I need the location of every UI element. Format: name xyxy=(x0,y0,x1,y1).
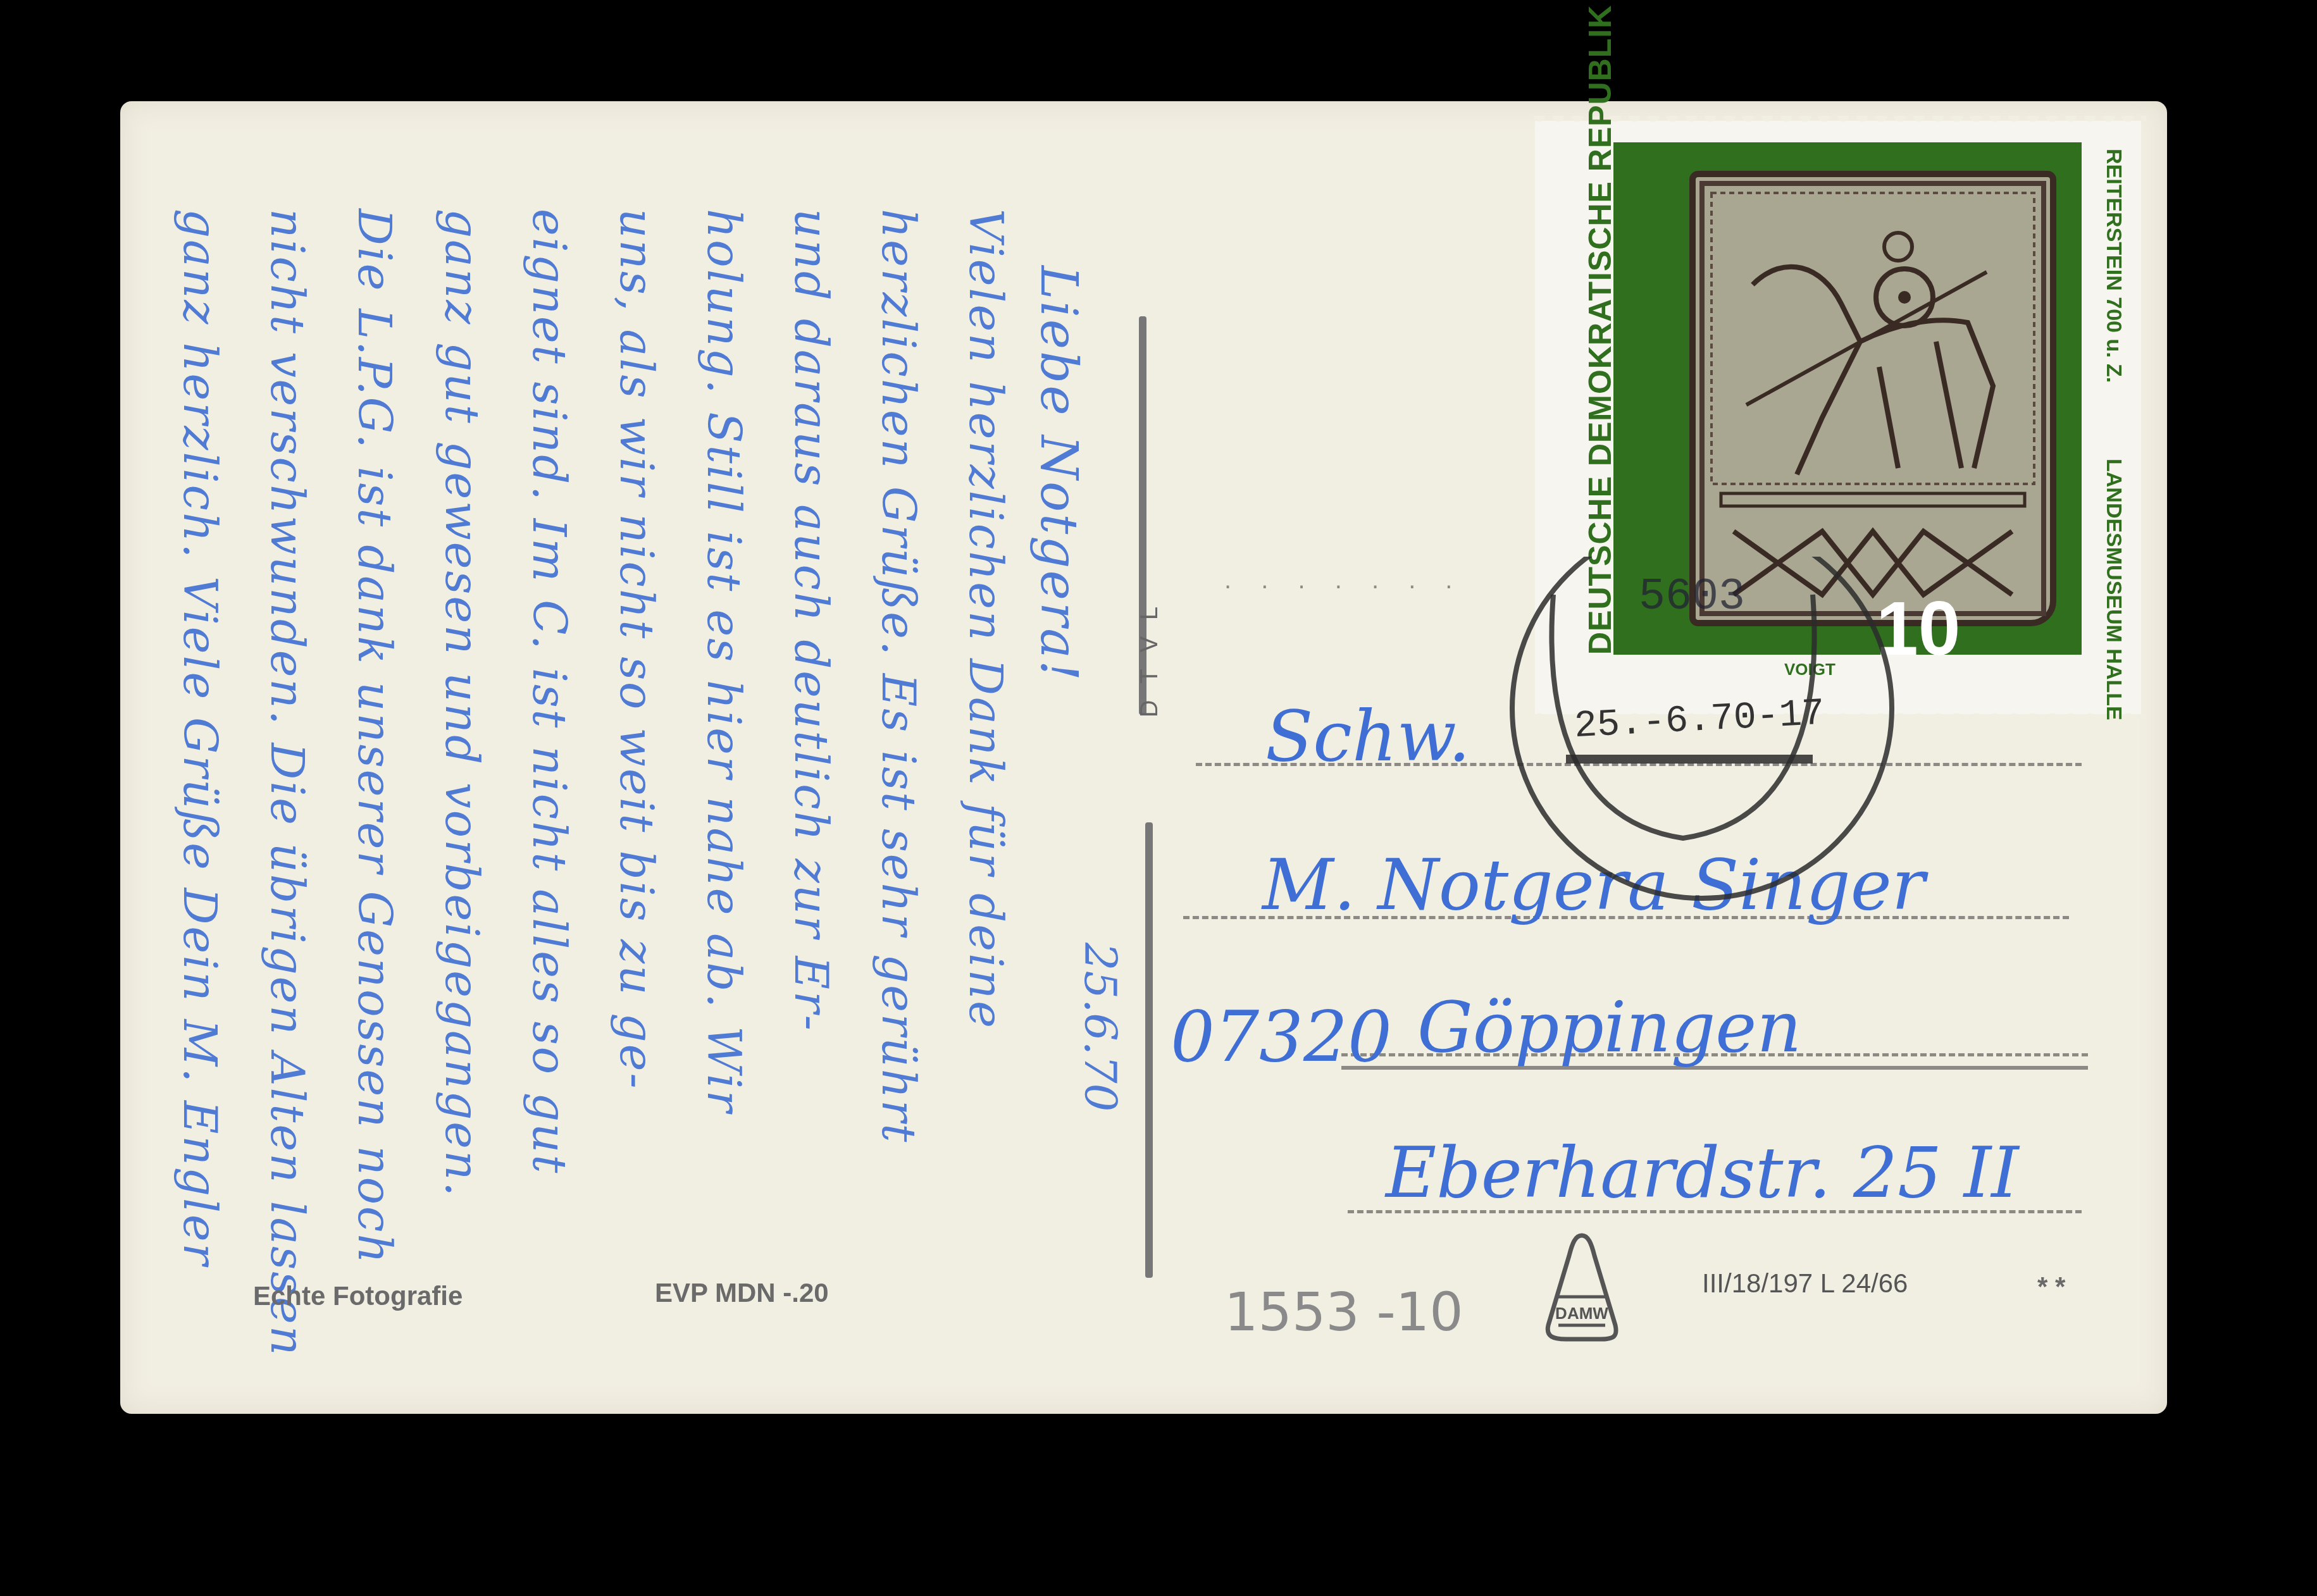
message-line: Vielen herzlichen Dank für deine xyxy=(959,209,1012,1030)
stamp-subject: REITERSTEIN 700 u. Z. xyxy=(2101,149,2126,383)
address-dotted-line: . . . . . . . xyxy=(1224,566,1463,595)
message-line: ganz gut gewesen und vorbeigegangen. xyxy=(435,209,488,1198)
divider-line-bottom xyxy=(1145,822,1153,1278)
message-line: und daraus auch deutlich zur Er- xyxy=(785,209,838,1032)
svg-text:DAMW: DAMW xyxy=(1555,1304,1608,1323)
message-date-note: 25.6.70 xyxy=(1074,943,1126,1111)
message-line: Die L.P.G. ist dank unserer Genossen noc… xyxy=(348,209,401,1265)
print-stars: * * xyxy=(2037,1271,2065,1302)
divider-label: DTVL xyxy=(1136,590,1164,717)
postmark-code: 5603 xyxy=(1639,572,1745,622)
stamp-museum: LANDESMUSEUM HALLE xyxy=(2101,459,2126,721)
message-line: holung. Still ist es hier nahe ab. Wir xyxy=(697,209,750,1114)
photo-label: Echte Fotografie xyxy=(253,1281,463,1311)
damw-logo-icon: DAMW xyxy=(1541,1230,1623,1344)
pencil-note: 1553 -10 xyxy=(1224,1281,1463,1343)
address-street: Eberhardstr. 25 II xyxy=(1386,1132,2019,1213)
message-line: ganz herzlich. Viele Grüße Dein M. Engle… xyxy=(173,209,227,1267)
message-line: eignet sind. Im C. ist nicht alles so gu… xyxy=(523,209,576,1175)
address-city: Göppingen xyxy=(1417,987,1801,1068)
message-line: nicht verschwunden. Die übrigen Alten la… xyxy=(261,209,314,1357)
message-greeting: Liebe Notgera! xyxy=(1029,266,1088,683)
price-label: EVP MDN -.20 xyxy=(655,1278,829,1308)
print-code: III/18/197 L 24/66 xyxy=(1702,1268,1908,1299)
address-title: Schw. xyxy=(1265,696,1470,777)
message-line: herzlichen Grüße. Es ist sehr gerührt xyxy=(872,209,925,1144)
message-line: uns, als wir nicht so weit bis zu ge- xyxy=(610,209,663,1091)
address-postcode: 07320 xyxy=(1171,996,1392,1077)
